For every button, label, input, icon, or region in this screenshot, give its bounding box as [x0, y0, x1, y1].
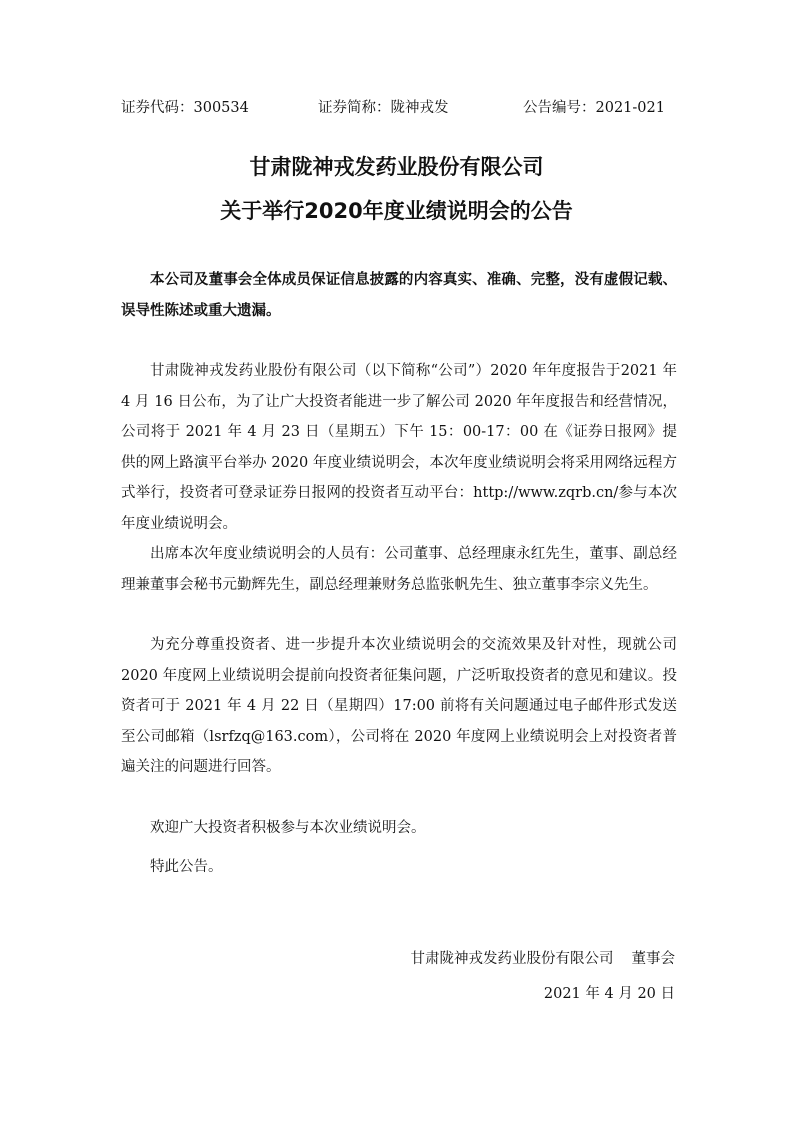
- document-header: 证券代码：300534 证券简称：陇神戎发 公告编号：2021-021: [121, 97, 681, 119]
- notice-number: 公告编号：2021-021: [523, 97, 665, 119]
- paragraph-attendees: 出席本次年度业绩说明会的人员有：公司董事、总经理康永红先生，董事、副总经理兼董事…: [121, 539, 677, 600]
- stock-abbreviation: 证券简称：陇神戎发: [318, 97, 449, 119]
- stock-code: 证券代码：300534: [121, 97, 249, 119]
- paragraph-announcement: 甘肃陇神戎发药业股份有限公司（以下简称“公司”）2020 年年度报告于2021 …: [121, 356, 677, 539]
- title-subject: 关于举行2020年度业绩说明会的公告: [0, 196, 793, 226]
- paragraph-question-collection: 为充分尊重投资者、进一步提升本次业绩说明会的交流效果及针对性，现就公司 2020…: [121, 630, 677, 783]
- signature-date: 2021 年 4 月 20 日: [544, 983, 675, 1005]
- signature-board: 董事会: [632, 951, 676, 967]
- document-page: 证券代码：300534 证券简称：陇神戎发 公告编号：2021-021 甘肃陇神…: [0, 0, 793, 1122]
- signature-company: 甘肃陇神戎发药业股份有限公司: [411, 951, 614, 967]
- title-company: 甘肃陇神戎发药业股份有限公司: [0, 152, 793, 182]
- paragraph-closing: 特此公告。: [121, 852, 677, 883]
- disclosure-statement: 本公司及董事会全体成员保证信息披露的内容真实、准确、完整，没有虚假记载、误导性陈…: [121, 265, 677, 326]
- signature-line: 甘肃陇神戎发药业股份有限公司董事会: [411, 948, 676, 970]
- paragraph-welcome: 欢迎广大投资者积极参与本次业绩说明会。: [121, 813, 677, 844]
